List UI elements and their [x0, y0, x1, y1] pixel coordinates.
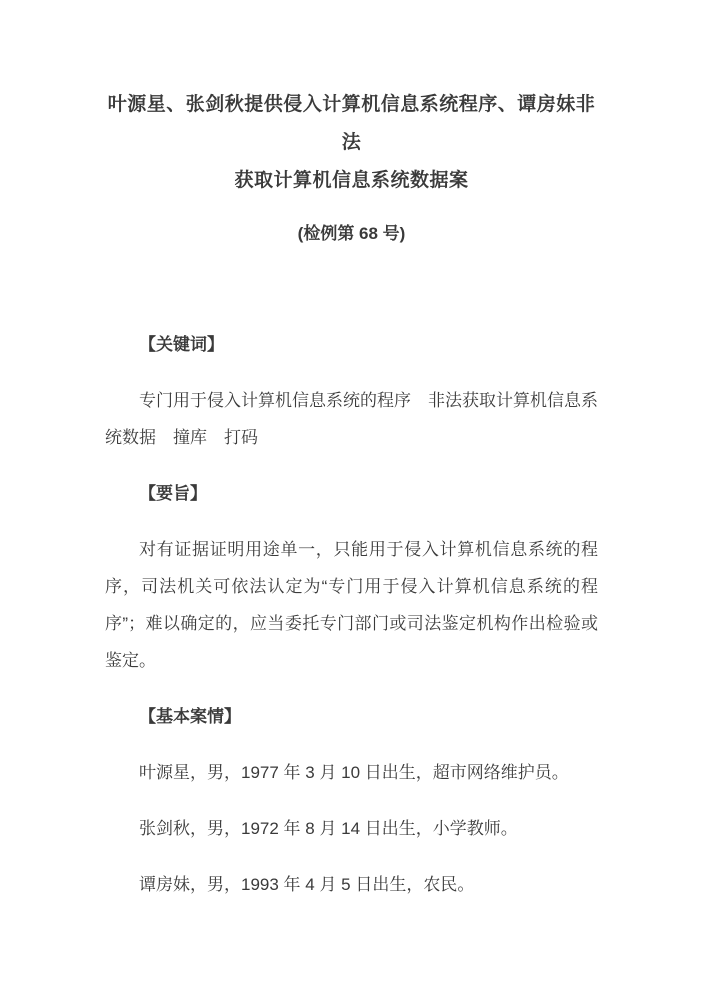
basic-facts-heading: 【基本案情】	[105, 698, 598, 735]
case-title: 叶源星、张剑秋提供侵入计算机信息系统程序、谭房妹非法 获取计算机信息系统数据案	[105, 86, 598, 200]
document-page: 叶源星、张剑秋提供侵入计算机信息系统程序、谭房妹非法 获取计算机信息系统数据案 …	[0, 0, 707, 999]
title-body-spacer	[105, 253, 598, 326]
section-gist: 【要旨】 对有证据证明用途单一，只能用于侵入计算机信息系统的程序，司法机关可依法…	[105, 475, 598, 679]
case-title-line-2: 获取计算机信息系统数据案	[105, 162, 598, 200]
case-number: (检例第 68 号)	[105, 215, 598, 253]
section-basic-facts: 【基本案情】 叶源星，男，1977 年 3 月 10 日出生，超市网络维护员。 …	[105, 698, 598, 903]
gist-heading: 【要旨】	[105, 475, 598, 512]
section-keywords: 【关键词】 专门用于侵入计算机信息系统的程序 非法获取计算机信息系统数据 撞库 …	[105, 326, 598, 456]
keywords-heading: 【关键词】	[105, 326, 598, 363]
gist-paragraph: 对有证据证明用途单一，只能用于侵入计算机信息系统的程序，司法机关可依法认定为“专…	[105, 531, 598, 679]
defendant-line-tan-fangmei: 谭房妹，男，1993 年 4 月 5 日出生，农民。	[105, 866, 598, 903]
defendant-line-zhang-jianqiu: 张剑秋，男，1972 年 8 月 14 日出生，小学教师。	[105, 810, 598, 847]
defendant-line-ye-yuanxing: 叶源星，男，1977 年 3 月 10 日出生，超市网络维护员。	[105, 754, 598, 791]
case-title-line-1: 叶源星、张剑秋提供侵入计算机信息系统程序、谭房妹非法	[105, 86, 598, 162]
keywords-text: 专门用于侵入计算机信息系统的程序 非法获取计算机信息系统数据 撞库 打码	[105, 382, 598, 456]
document-content: 叶源星、张剑秋提供侵入计算机信息系统程序、谭房妹非法 获取计算机信息系统数据案 …	[0, 0, 707, 903]
